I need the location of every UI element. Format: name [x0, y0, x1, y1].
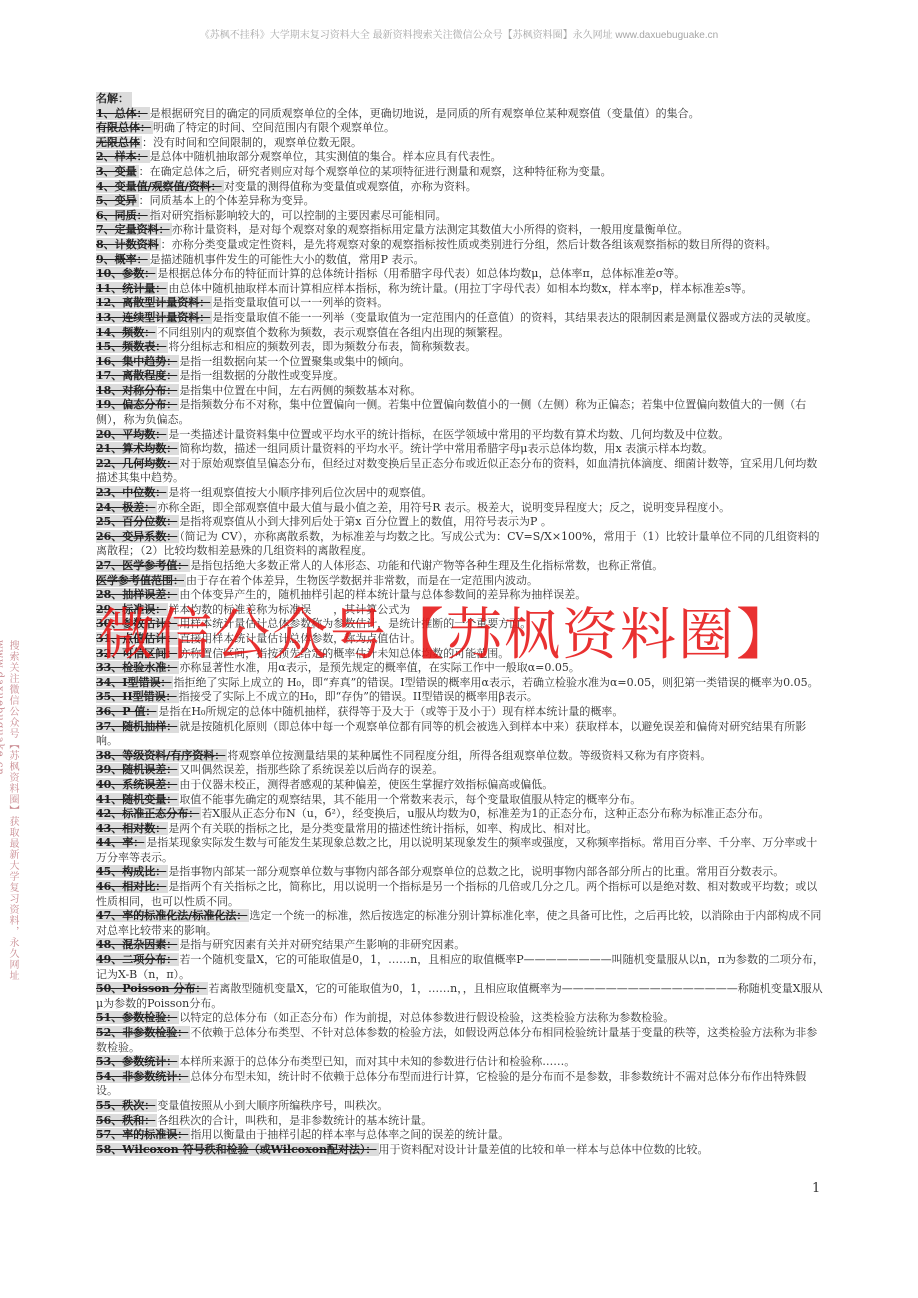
term-label: 3、变量	[96, 165, 139, 178]
term-definition: 对变量的测得值称为变量值或观察值，亦称为资料。	[224, 180, 477, 193]
term-definition: 用于资料配对设计计量差值的比较和单一样本与总体中位数的比较。	[379, 1143, 709, 1156]
definition-item: 33、检验水准：亦称显著性水准，用α表示，是预先规定的概率值，在实际工作中一般取…	[96, 661, 828, 676]
definition-item: 9、概率：是描述随机事件发生的可能性大小的数值，常用P 表示。	[96, 253, 828, 268]
term-label: 有限总体：	[96, 121, 153, 134]
definition-item: 34、I型错误：指拒绝了实际上成立的 H₀，即“弃真”的错误。Ⅰ型错误的概率用α…	[96, 676, 828, 691]
term-label: 53、参数统计：	[96, 1055, 179, 1068]
term-label: 15、频数表：	[96, 340, 168, 353]
definition-item: 56、秩和：各组秩次的合计，叫秩和，是非参数统计的基本统计量。	[96, 1114, 828, 1129]
definition-item: 无限总体：没有时间和空间限制的，观察单位数无限。	[96, 136, 828, 151]
term-label: 54、非参数统计：	[96, 1070, 190, 1083]
definition-item: 13、连续型计量资料：是指变量取值不能一一列举（变量取值为一定范围内的任意值）的…	[96, 311, 828, 326]
definition-item: 2、样本：是总体中随机抽取部分观察单位，其实测值的集合。样本应具有代表性。	[96, 150, 828, 165]
term-label: 12、离散型计量资料：	[96, 296, 212, 309]
term-definition: 就是按随机化原则（即总体中每一个观察单位都有同等的机会被选入到样本中来）获取样本…	[96, 720, 806, 748]
term-definition: 是总体中随机抽取部分观察单位，其实测值的集合。样本应具有代表性。	[150, 150, 502, 163]
term-definition: 本样所来源于的总体分布类型已知，而对其中未知的参数进行估计和检验称……。	[179, 1055, 575, 1068]
definition-item: 48、混杂因素：是指与研究因素有关并对研究结果产生影响的非研究因素。	[96, 938, 828, 953]
term-label: 8、计数资料	[96, 238, 161, 251]
term-label: 42、标准正态分布：	[96, 807, 201, 820]
term-label: 10、参数：	[96, 267, 157, 280]
term-definition: 简称均数，描述一组同质计量资料的平均水平。统计学中常用希腊字母μ表示总体均数，用…	[179, 442, 713, 455]
term-label: 38、等级资料/有序资料：	[96, 749, 227, 762]
term-label: 22、几何均数：	[96, 457, 179, 470]
term-definition: 由个体变异产生的，随机抽样引起的样本统计量与总体参数间的差异称为抽样误差。	[179, 588, 586, 601]
term-label: 56、秩和：	[96, 1114, 157, 1127]
term-label: 29、标准误：	[96, 603, 168, 616]
definition-item: 11、统计量：由总体中随机抽取样本而计算相应样本指标，称为统计量。(用拉丁字母代…	[96, 282, 828, 297]
term-definition: 各组秩次的合计，叫秩和，是非参数统计的基本统计量。	[157, 1114, 432, 1127]
definition-item: 53、参数统计：本样所来源于的总体分布类型已知，而对其中未知的参数进行估计和检验…	[96, 1055, 828, 1070]
term-label: 4、变量值/观察值/资料：	[96, 180, 224, 193]
term-label: 46、相对比：	[96, 880, 168, 893]
definition-item: 12、离散型计量资料：是指变量取值可以一一列举的资料。	[96, 296, 828, 311]
term-label: 11、统计量：	[96, 282, 168, 295]
section-heading: 名解：	[96, 92, 828, 107]
definition-item: 22、几何均数：对于原始观察值呈偏态分布，但经过对数变换后呈正态分布或近似正态分…	[96, 457, 828, 486]
definition-item: 7、定量资料：亦称计量资料，是对每个观察对象的观察指标用定量方法测定其数值大小所…	[96, 223, 828, 238]
term-label: 25、百分位数：	[96, 515, 179, 528]
term-definition: 由于存在着个体差异，生物医学数据并非常数，而是在一定范围内波动。	[186, 574, 538, 587]
term-definition: 指对研究指标影响较大的，可以控制的主要因素尽可能相同。	[150, 209, 447, 222]
term-label: 43、相对数：	[96, 822, 168, 835]
term-label: 1、总体：	[96, 107, 150, 120]
definition-item: 14、频数：不同组别内的观察值个数称为频数，表示观察值在各组内出现的频繁程。	[96, 326, 828, 341]
term-label: 24、极差：	[96, 501, 157, 514]
definition-item: 医学参考值范围：由于存在着个体差异，生物医学数据并非常数，而是在一定范围内波动。	[96, 574, 828, 589]
term-definition: 亦称计量资料，是对每个观察对象的观察指标用定量方法测定其数值大小所得的资料，一般…	[172, 223, 689, 236]
term-definition: 是指将观察值从小到大排列后处于第x 百分位置上的数值，用符号表示为P 。	[179, 515, 552, 528]
term-label: 无限总体	[96, 136, 142, 149]
term-label: 45、构成比：	[96, 865, 168, 878]
definition-item: 44、率：是指某现象实际发生数与可能发生某现象总数之比，用以说明某现象发生的频率…	[96, 836, 828, 865]
definition-item: 32、可信区间：亦称置信区间，指按预先给定的概率估计未知总体均数的可能范围。	[96, 647, 828, 662]
term-definition: 是指包括绝大多数正常人的人体形态、功能和代谢产物等各种生理及生化指标常数，也称正…	[190, 559, 663, 572]
definition-item: 20、平均数：是一类描述计量资料集中位置或平均水平的统计指标，在医学领域中常用的…	[96, 428, 828, 443]
term-definition: 总体分布型未知，统计时不依赖于总体分布型而进行计算，它检验的是分布而不是参数，非…	[96, 1070, 806, 1098]
term-definition: 是将一组观察值按大小顺序排列后位次居中的观察值。	[168, 486, 432, 499]
definition-item: 10、参数：是根据总体分布的特征而计算的总体统计指标（用希腊字母代表）如总体均数…	[96, 267, 828, 282]
term-label: 医学参考值范围：	[96, 574, 186, 587]
term-definition: 变量值按照从小到大顺序所编秩序号，叫秩次。	[157, 1099, 388, 1112]
term-definition: 是根据总体分布的特征而计算的总体统计指标（用希腊字母代表）如总体均数μ，总体率π…	[157, 267, 685, 280]
definition-item: 40、系统误差：由于仪器未校正，测得者感观的某种偏差，使医生掌握疗效指标偏高或偏…	[96, 778, 828, 793]
definition-item: 8、计数资料：亦称分类变量或定性资料，是先将观察对象的观察指标按性质或类别进行分…	[96, 238, 828, 253]
definition-item: 27、医学参考值：是指包括绝大多数正常人的人体形态、功能和代谢产物等各种生理及生…	[96, 559, 828, 574]
term-definition: 以特定的总体分布（如正态分布）作为前提，对总体参数进行假设检验，这类检验方法称为…	[179, 1011, 674, 1024]
page-header-watermark: 《苏枫不挂科》大学期末复习资料大全 最新资料搜索关注微信公众号【苏枫资料圈】永久…	[0, 26, 918, 41]
term-label: 14、频数：	[96, 326, 157, 339]
term-label: 31、点值估计：	[96, 632, 179, 645]
term-definition: 是根据研究目的确定的同质观察单位的全体，更确切地说，是同质的所有观察单位某种观察…	[150, 107, 700, 120]
term-definition: ：没有时间和空间限制的，观察单位数无限。	[142, 136, 362, 149]
definition-item: 57、率的标准误：指用以衡量由于抽样引起的样本率与总体率之间的误差的统计量。	[96, 1128, 828, 1143]
term-definition: 用样本统计量估计总体参数称为参数估计，是统计推断的一个重要方面。	[179, 617, 531, 630]
term-label: 13、连续型计量资料：	[96, 311, 212, 324]
definition-item: 55、秩次：变量值按照从小到大顺序所编秩序号，叫秩次。	[96, 1099, 828, 1114]
term-label: 9、概率：	[96, 253, 150, 266]
term-definition: 是指一组数据的分散性或变异度。	[179, 369, 344, 382]
term-definition: 取值不能事先确定的观察结果，其不能用一个常数来表示，每个变量取值服从特定的概率分…	[179, 793, 641, 806]
side-watermark: 搜索关注微信公众号【苏枫资料圈】获取最新大学复习资料，永久网址 www.daxu…	[6, 640, 20, 1060]
term-label: 7、定量资料：	[96, 223, 172, 236]
definition-list: 1、总体：是根据研究目的确定的同质观察单位的全体，更确切地说，是同质的所有观察单…	[96, 107, 828, 1158]
term-definition: 是指两个有关指标之比，简称比，用以说明一个指标是另一个指标的几倍或几分之几。两个…	[96, 880, 817, 908]
term-definition: ：同质基本上的个体差异称为变异。	[139, 194, 315, 207]
definition-item: 25、百分位数：是指将观察值从小到大排列后处于第x 百分位置上的数值，用符号表示…	[96, 515, 828, 530]
term-label: 26、变异系数：	[96, 530, 179, 543]
definition-item: 21、算术均数：简称均数，描述一组同质计量资料的平均水平。统计学中常用希腊字母μ…	[96, 442, 828, 457]
term-label: 40、系统误差：	[96, 778, 179, 791]
term-label: 35、II型错误：	[96, 690, 179, 703]
section-title: 名解：	[96, 92, 132, 107]
definition-item: 5、变异：同质基本上的个体差异称为变异。	[96, 194, 828, 209]
term-label: 2、样本：	[96, 150, 150, 163]
definition-item: 15、频数表：将分组标志和相应的频数列表，即为频数分布表，简称频数表。	[96, 340, 828, 355]
term-label: 57、率的标准误：	[96, 1128, 190, 1141]
definition-item: 51、参数检验：以特定的总体分布（如正态分布）作为前提，对总体参数进行假设检验，…	[96, 1011, 828, 1026]
term-definition: 将观察单位按测量结果的某种属性不同程度分组，所得各组观察单位数。等级资料又称为有…	[227, 749, 711, 762]
term-definition: 是指某现象实际发生数与可能发生某现象总数之比，用以说明某现象发生的频率或强度，又…	[96, 836, 817, 864]
definition-item: 38、等级资料/有序资料：将观察单位按测量结果的某种属性不同程度分组，所得各组观…	[96, 749, 828, 764]
term-label: 34、I型错误：	[96, 676, 173, 689]
definition-item: 30、参数估计：用样本统计量估计总体参数称为参数估计，是统计推断的一个重要方面。	[96, 617, 828, 632]
term-label: 30、参数估计：	[96, 617, 179, 630]
definition-item: 18、对称分布：是指集中位置在中间，左右两侧的频数基本对称。	[96, 384, 828, 399]
term-definition: 指接受了实际上不成立的H₀，即“存伪”的错误。II型错误的概率用β表示。	[179, 690, 538, 703]
term-definition: 不依赖于总体分布类型、不针对总体参数的检验方法，如假设两总体分布相同检验统计量基…	[96, 1026, 817, 1054]
term-definition: 是一类描述计量资料集中位置或平均水平的统计指标，在医学领域中常用的平均数有算术均…	[168, 428, 729, 441]
definition-item: 31、点值估计：直接用样本统计量估计总体参数，称为点值估计。	[96, 632, 828, 647]
definition-item: 28、抽样误差：由个体变异产生的，随机抽样引起的样本统计量与总体参数间的差异称为…	[96, 588, 828, 603]
term-label: 5、变异	[96, 194, 139, 207]
definition-item: 4、变量值/观察值/资料：对变量的测得值称为变量值或观察值，亦称为资料。	[96, 180, 828, 195]
term-definition: 是指一组数据向某一个位置聚集或集中的倾向。	[179, 355, 410, 368]
term-definition: 不同组别内的观察值个数称为频数，表示观察值在各组内出现的频繁程。	[157, 326, 509, 339]
definition-item: 39、随机误差：又叫偶然误差，指那些除了系统误差以后尚存的误差。	[96, 763, 828, 778]
term-definition: 是指与研究因素有关并对研究结果产生影响的非研究因素。	[179, 938, 465, 951]
term-label: 50、Poisson 分布：	[96, 982, 208, 995]
term-definition: 由于仪器未校正，测得者感观的某种偏差，使医生掌握疗效指标偏高或偏低。	[179, 778, 553, 791]
definition-item: 16、集中趋势：是指一组数据向某一个位置聚集或集中的倾向。	[96, 355, 828, 370]
term-definition: 明确了特定的时间、空间范围内有限个观察单位。	[153, 121, 395, 134]
term-label: 48、混杂因素：	[96, 938, 179, 951]
term-definition: 亦称全距，即全部观察值中最大值与最小值之差，用符号R 表示。极差大，说明变异程度…	[157, 501, 730, 514]
definition-item: 29、标准误：样本均数的标准差称为标准误 ，其计算公式为	[96, 603, 828, 618]
definition-item: 37、随机抽样：就是按随机化原则（即总体中每一个观察单位都有同等的机会被选入到样…	[96, 720, 828, 749]
term-definition: 亦称置信区间，指按预先给定的概率估计未知总体均数的可能范围。	[179, 647, 509, 660]
term-label: 44、率：	[96, 836, 146, 849]
definition-item: 46、相对比：是指两个有关指标之比，简称比，用以说明一个指标是另一个指标的几倍或…	[96, 880, 828, 909]
definition-item: 23、中位数：是将一组观察值按大小顺序排列后位次居中的观察值。	[96, 486, 828, 501]
definition-item: 43、相对数：是两个有关联的指标之比，是分类变量常用的描述性统计指标，如率、构成…	[96, 822, 828, 837]
term-label: 49、二项分布：	[96, 953, 179, 966]
term-definition: 将分组标志和相应的频数列表，即为频数分布表，简称频数表。	[168, 340, 476, 353]
definition-item: 24、极差：亦称全距，即全部观察值中最大值与最小值之差，用符号R 表示。极差大，…	[96, 501, 828, 516]
definition-item: 17、离散程度：是指一组数据的分散性或变异度。	[96, 369, 828, 384]
term-definition: 样本均数的标准差称为标准误 ，其计算公式为	[168, 603, 410, 616]
term-label: 27、医学参考值：	[96, 559, 190, 572]
definition-item: 有限总体：明确了特定的时间、空间范围内有限个观察单位。	[96, 121, 828, 136]
term-definition: 是描述随机事件发生的可能性大小的数值，常用P 表示。	[150, 253, 425, 266]
term-label: 32、可信区间：	[96, 647, 179, 660]
term-definition: 指拒绝了实际上成立的 H₀，即“弃真”的错误。Ⅰ型错误的概率用α表示，若确立检验…	[173, 676, 818, 689]
page-number: 1	[812, 1181, 820, 1196]
definition-item: 6、同质：指对研究指标影响较大的，可以控制的主要因素尽可能相同。	[96, 209, 828, 224]
definition-item: 35、II型错误：指接受了实际上不成立的H₀，即“存伪”的错误。II型错误的概率…	[96, 690, 828, 705]
term-label: 39、随机误差：	[96, 763, 179, 776]
definition-item: 1、总体：是根据研究目的确定的同质观察单位的全体，更确切地说，是同质的所有观察单…	[96, 107, 828, 122]
definition-item: 19、偏态分布：是指频数分布不对称，集中位置偏向一侧。若集中位置偏向数值小的一侧…	[96, 398, 828, 427]
term-label: 17、离散程度：	[96, 369, 179, 382]
term-label: 52、非参数检验：	[96, 1026, 190, 1039]
term-definition: 若X服从正态分布N（u，б²），经变换后，u服从均数为0，标准差为1的正态分布，…	[201, 807, 769, 820]
term-definition: 是指事物内部某一部分观察单位数与事物内部各部分观察单位的总数之比，说明事物内部各…	[168, 865, 784, 878]
term-label: 18、对称分布：	[96, 384, 179, 397]
term-definition: 又叫偶然误差，指那些除了系统误差以后尚存的误差。	[179, 763, 443, 776]
term-definition: 是指集中位置在中间，左右两侧的频数基本对称。	[179, 384, 421, 397]
definition-item: 36、P 值：是指在H₀所规定的总体中随机抽样，获得等于及大于（或等于及小于）现…	[96, 705, 828, 720]
term-definition: ：亦称分类变量或定性资料，是先将观察对象的观察指标按性质或类别进行分组，然后计数…	[161, 238, 777, 251]
definition-item: 58、Wilcoxon 符号秩和检验（或Wilcoxon配对法）：用于资料配对设…	[96, 1143, 828, 1158]
term-definition: 是指变量取值不能一一列举（变量取值为一定范围内的任意值）的资料，其结果表达的限制…	[212, 311, 817, 324]
definition-item: 47、率的标准化法/标准化法：选定一个统一的标准，然后按选定的标准分别计算标准化…	[96, 909, 828, 938]
term-label: 36、P 值：	[96, 705, 158, 718]
term-label: 19、偏态分布：	[96, 398, 179, 411]
term-label: 23、中位数：	[96, 486, 168, 499]
term-label: 41、随机变量：	[96, 793, 179, 806]
term-definition: 是两个有关联的指标之比，是分类变量常用的描述性统计指标，如率、构成比、相对比。	[168, 822, 597, 835]
term-definition: 对于原始观察值呈偏态分布，但经过对数变换后呈正态分布或近似正态分布的资料，如血清…	[96, 457, 817, 485]
definition-item: 42、标准正态分布：若X服从正态分布N（u，б²），经变换后，u服从均数为0，标…	[96, 807, 828, 822]
term-definition: 若一个随机变量X，它的可能取值是0，1，……n，且相应的取值概率P———————…	[96, 953, 824, 981]
term-definition: 指用以衡量由于抽样引起的样本率与总体率之间的误差的统计量。	[190, 1128, 509, 1141]
definition-item: 49、二项分布：若一个随机变量X，它的可能取值是0，1，……n，且相应的取值概率…	[96, 953, 828, 982]
term-definition: 是指在H₀所规定的总体中随机抽样，获得等于及大于（或等于及小于）现有样本统计量的…	[158, 705, 623, 718]
term-definition: 亦称显著性水准，用α表示，是预先规定的概率值，在实际工作中一般取α=0.05。	[179, 661, 580, 674]
term-label: 33、检验水准：	[96, 661, 179, 674]
term-label: 55、秩次：	[96, 1099, 157, 1112]
definition-item: 54、非参数统计：总体分布型未知，统计时不依赖于总体分布型而进行计算，它检验的是…	[96, 1070, 828, 1099]
term-definition: ：在确定总体之后，研究者则应对每个观察单位的某项特征进行测量和观察，这种特征称为…	[139, 165, 612, 178]
term-definition: 直接用样本统计量估计总体参数，称为点值估计。	[179, 632, 421, 645]
definition-item: 50、Poisson 分布：若离散型随机变量X，它的可能取值为0，1，……n，，…	[96, 982, 828, 1011]
definition-item: 41、随机变量：取值不能事先确定的观察结果，其不能用一个常数来表示，每个变量取值…	[96, 793, 828, 808]
term-label: 37、随机抽样：	[96, 720, 179, 733]
term-label: 47、率的标准化法/标准化法：	[96, 909, 249, 922]
term-definition: 由总体中随机抽取样本而计算相应样本指标，称为统计量。(用拉丁字母代表）如相本均数…	[168, 282, 752, 295]
term-definition: 是指变量取值可以一一列举的资料。	[212, 296, 388, 309]
term-label: 58、Wilcoxon 符号秩和检验（或Wilcoxon配对法）：	[96, 1143, 379, 1156]
document-body: 名解： 1、总体：是根据研究目的确定的同质观察单位的全体，更确切地说，是同质的所…	[96, 92, 828, 1157]
term-label: 20、平均数：	[96, 428, 168, 441]
term-label: 51、参数检验：	[96, 1011, 179, 1024]
definition-item: 52、非参数检验：不依赖于总体分布类型、不针对总体参数的检验方法，如假设两总体分…	[96, 1026, 828, 1055]
term-label: 16、集中趋势：	[96, 355, 179, 368]
term-label: 28、抽样误差：	[96, 588, 179, 601]
term-label: 21、算术均数：	[96, 442, 179, 455]
term-definition: （简记为 CV），亦称离散系数，为标准差与均数之比。写成公式为：CV=S/X×1…	[96, 530, 819, 558]
term-definition: 是指频数分布不对称，集中位置偏向一侧。若集中位置偏向数值小的一侧（左侧）称为正偏…	[96, 398, 806, 426]
definition-item: 26、变异系数：（简记为 CV），亦称离散系数，为标准差与均数之比。写成公式为：…	[96, 530, 828, 559]
term-label: 6、同质：	[96, 209, 150, 222]
definition-item: 45、构成比：是指事物内部某一部分观察单位数与事物内部各部分观察单位的总数之比，…	[96, 865, 828, 880]
definition-item: 3、变量：在确定总体之后，研究者则应对每个观察单位的某项特征进行测量和观察，这种…	[96, 165, 828, 180]
